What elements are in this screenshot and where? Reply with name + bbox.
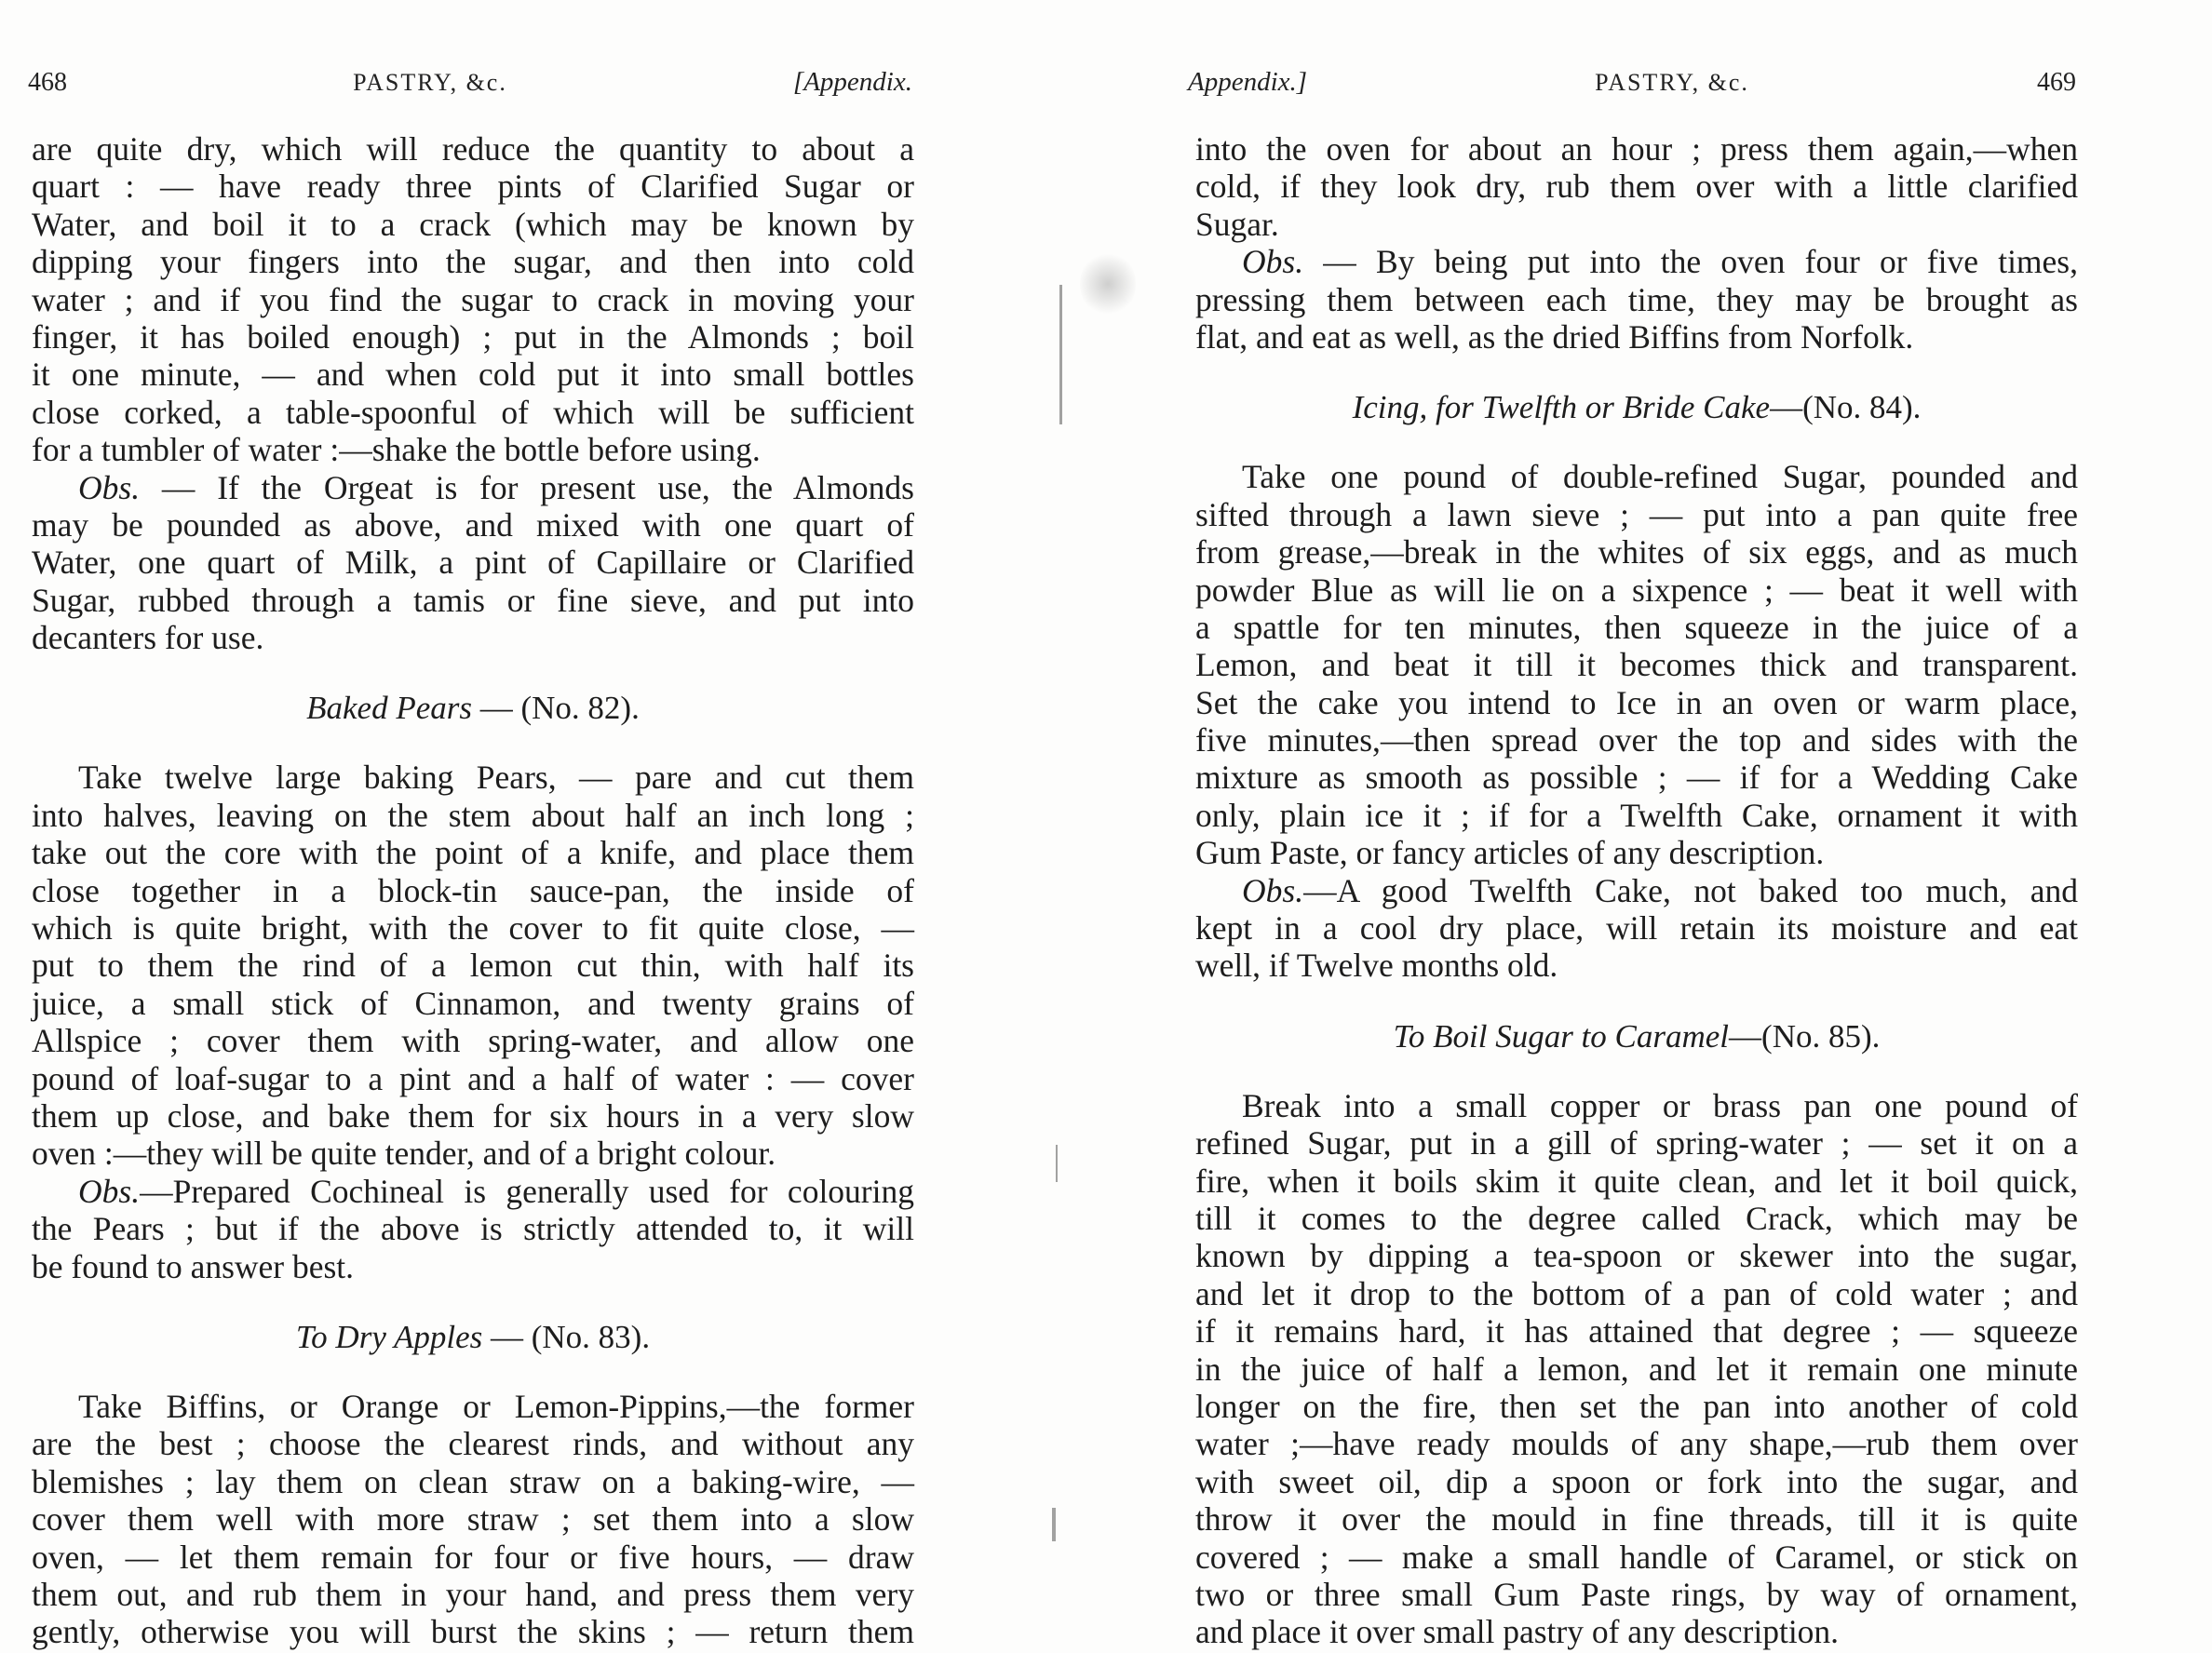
text-line: dipping your fingers into the sugar, and… bbox=[32, 243, 914, 280]
text-line: throw it over the mould in fine threads,… bbox=[1195, 1500, 2078, 1538]
recipe-title: Icing, for Twelfth or Bride Cake bbox=[1353, 389, 1770, 425]
text-line: sifted through a lawn sieve ; — put into… bbox=[1195, 496, 2078, 533]
obs-paragraph-start: Obs.—A good Twelfth Cake, not baked too … bbox=[1195, 872, 2078, 909]
text-line: Break into a small copper or brass pan o… bbox=[1195, 1087, 2078, 1124]
recipe-heading-83: To Dry Apples — (No. 83). bbox=[32, 1319, 914, 1356]
text-line: Sugar, rubbed through a tamis or fine si… bbox=[32, 582, 914, 619]
text-line: blemishes ; lay them on clean straw on a… bbox=[32, 1463, 914, 1500]
obs-label: Obs. bbox=[78, 469, 140, 506]
text-line: oven, — let them remain for four or five… bbox=[32, 1539, 914, 1576]
recipe-heading-85: To Boil Sugar to Caramel—(No. 85). bbox=[1195, 1018, 2078, 1055]
left-running-head: 468 PASTRY, &c. [Appendix. bbox=[28, 67, 912, 104]
recipe-number: —(No. 85). bbox=[1729, 1018, 1880, 1055]
section-label: [Appendix. bbox=[793, 67, 912, 98]
gutter-scratch bbox=[1052, 1508, 1056, 1541]
text-line: pressing them between each time, they ma… bbox=[1195, 281, 2078, 318]
text-line: take out the core with the point of a kn… bbox=[32, 834, 914, 871]
obs-paragraph-start: Obs.—Prepared Cochineal is generally use… bbox=[32, 1173, 914, 1210]
text-line: close corked, a table-spoonful of which … bbox=[32, 394, 914, 431]
section-label: Appendix.] bbox=[1188, 67, 1307, 98]
text-line: put to them the rind of a lemon cut thin… bbox=[32, 947, 914, 984]
right-text-block: into the oven for about an hour ; press … bbox=[1195, 130, 2078, 1651]
text-line: for a tumbler of water :—shake the bottl… bbox=[32, 431, 914, 468]
obs-text: —A good Twelfth Cake, not baked too much… bbox=[1303, 872, 2078, 909]
text-line: quart : — have ready three pints of Clar… bbox=[32, 168, 914, 205]
text-line: the Pears ; but if the above is strictly… bbox=[32, 1210, 914, 1247]
text-line: Lemon, and beat it till it becomes thick… bbox=[1195, 646, 2078, 683]
text-line: decanters for use. bbox=[32, 619, 914, 656]
recipe-heading-82: Baked Pears — (No. 82). bbox=[32, 690, 914, 727]
text-line: pound of loaf-sugar to a pint and a half… bbox=[32, 1060, 914, 1097]
text-line: Set the cake you intend to Ice in an ove… bbox=[1195, 684, 2078, 721]
text-line: with sweet oil, dip a spoon or fork into… bbox=[1195, 1463, 2078, 1500]
text-line: are quite dry, which will reduce the qua… bbox=[32, 130, 914, 168]
recipe-number: — (No. 83). bbox=[482, 1319, 650, 1355]
text-line: refined Sugar, put in a gill of spring-w… bbox=[1195, 1124, 2078, 1162]
text-line: finger, it has boiled enough) ; put in t… bbox=[32, 318, 914, 356]
recipe-title: Baked Pears bbox=[306, 690, 472, 726]
text-line: which is quite bright, with the cover to… bbox=[32, 909, 914, 947]
text-line: Sugar. bbox=[1195, 206, 2078, 243]
text-line: it one minute, — and when cold put it in… bbox=[32, 356, 914, 393]
recipe-title: To Dry Apples bbox=[296, 1319, 482, 1355]
recipe-number: —(No. 84). bbox=[1770, 389, 1921, 425]
text-line: from grease,—break in the whites of six … bbox=[1195, 533, 2078, 571]
text-line: Take twelve large baking Pears, — pare a… bbox=[32, 759, 914, 796]
text-line: water ;—have ready moulds of any shape,—… bbox=[1195, 1425, 2078, 1462]
text-line: juice, a small stick of Cinnamon, and tw… bbox=[32, 985, 914, 1022]
obs-label: Obs. bbox=[1242, 243, 1303, 280]
page-number: 469 bbox=[2037, 68, 2076, 98]
text-line: and place it over small pastry of any de… bbox=[1195, 1613, 2078, 1650]
text-line: known by dipping a tea-spoon or skewer i… bbox=[1195, 1237, 2078, 1274]
text-line: kept in a cool dry place, will retain it… bbox=[1195, 909, 2078, 947]
text-line: Allspice ; cover them with spring-water,… bbox=[32, 1022, 914, 1059]
text-line: Water, and boil it to a crack (which may… bbox=[32, 206, 914, 243]
text-line: powder Blue as will lie on a sixpence ; … bbox=[1195, 571, 2078, 609]
text-line: well, if Twelve months old. bbox=[1195, 947, 2078, 984]
left-text-block: are quite dry, which will reduce the qua… bbox=[32, 130, 914, 1651]
left-page: 468 PASTRY, &c. [Appendix. are quite dry… bbox=[0, 0, 1106, 1653]
text-line: and let it drop to the bottom of a pan o… bbox=[1195, 1275, 2078, 1312]
obs-text: —Prepared Cochineal is generally used fo… bbox=[140, 1173, 914, 1210]
obs-text: — By being put into the oven four or fiv… bbox=[1303, 243, 2078, 280]
gutter-scratch bbox=[1059, 285, 1062, 424]
text-line: Water, one quart of Milk, a pint of Capi… bbox=[32, 544, 914, 581]
text-line: Take Biffins, or Orange or Lemon-Pippins… bbox=[32, 1388, 914, 1425]
page-number: 468 bbox=[28, 68, 67, 98]
text-line: may be pounded as above, and mixed with … bbox=[32, 506, 914, 544]
obs-label: Obs. bbox=[78, 1173, 140, 1210]
text-line: gently, otherwise you will burst the ski… bbox=[32, 1613, 914, 1650]
obs-paragraph-start: Obs. — By being put into the oven four o… bbox=[1195, 243, 2078, 280]
recipe-number: — (No. 82). bbox=[472, 690, 640, 726]
text-line: close together in a block-tin sauce-pan,… bbox=[32, 872, 914, 909]
text-line: Gum Paste, or fancy articles of any desc… bbox=[1195, 834, 2078, 871]
text-line: water ; and if you find the sugar to cra… bbox=[32, 281, 914, 318]
obs-label: Obs. bbox=[1242, 872, 1303, 909]
text-line: covered ; — make a small handle of Caram… bbox=[1195, 1539, 2078, 1576]
running-title: PASTRY, &c. bbox=[1595, 69, 1749, 97]
text-line: longer on the fire, then set the pan int… bbox=[1195, 1388, 2078, 1425]
obs-paragraph-start: Obs. — If the Orgeat is for present use,… bbox=[32, 469, 914, 506]
text-line: mixture as smooth as possible ; — if for… bbox=[1195, 759, 2078, 796]
text-line: flat, and eat as well, as the dried Biff… bbox=[1195, 318, 2078, 356]
text-line: cold, if they look dry, rub them over wi… bbox=[1195, 168, 2078, 205]
text-line: into the oven for about an hour ; press … bbox=[1195, 130, 2078, 168]
text-line: in the juice of half a lemon, and let it… bbox=[1195, 1351, 2078, 1388]
text-line: into halves, leaving on the stem about h… bbox=[32, 797, 914, 834]
text-line: only, plain ice it ; if for a Twelfth Ca… bbox=[1195, 797, 2078, 834]
text-line: them up close, and bake them for six hou… bbox=[32, 1097, 914, 1135]
text-line: are the best ; choose the clearest rinds… bbox=[32, 1425, 914, 1462]
right-page: Appendix.] PASTRY, &c. 469 into the oven… bbox=[1106, 0, 2212, 1653]
running-title: PASTRY, &c. bbox=[353, 69, 507, 97]
gutter-scratch bbox=[1056, 1145, 1058, 1182]
text-line: a spattle for ten minutes, then squeeze … bbox=[1195, 609, 2078, 646]
recipe-heading-84: Icing, for Twelfth or Bride Cake—(No. 84… bbox=[1195, 389, 2078, 426]
text-line: be found to answer best. bbox=[32, 1248, 914, 1285]
recipe-title: To Boil Sugar to Caramel bbox=[1394, 1018, 1729, 1055]
text-line: till it comes to the degree called Crack… bbox=[1195, 1200, 2078, 1237]
text-line: oven :—they will be quite tender, and of… bbox=[32, 1135, 914, 1172]
text-line: two or three small Gum Paste rings, by w… bbox=[1195, 1576, 2078, 1613]
text-line: five minutes,—then spread over the top a… bbox=[1195, 721, 2078, 759]
text-line: if it remains hard, it has attained that… bbox=[1195, 1312, 2078, 1350]
text-line: cover them well with more straw ; set th… bbox=[32, 1500, 914, 1538]
text-line: fire, when it boils skim it quite clean,… bbox=[1195, 1162, 2078, 1200]
obs-text: — If the Orgeat is for present use, the … bbox=[140, 469, 914, 506]
book-spread: 468 PASTRY, &c. [Appendix. are quite dry… bbox=[0, 0, 2212, 1653]
text-line: them out, and rub them in your hand, and… bbox=[32, 1576, 914, 1613]
text-line: Take one pound of double-refined Sugar, … bbox=[1195, 458, 2078, 495]
right-running-head: Appendix.] PASTRY, &c. 469 bbox=[1188, 67, 2076, 104]
